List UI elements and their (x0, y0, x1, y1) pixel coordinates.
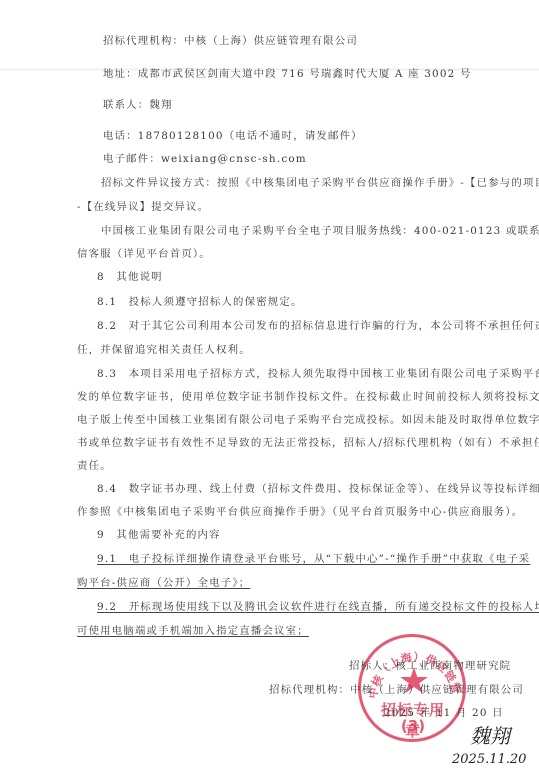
section-8-1: 8.1 投标人须遵守招标人的保密规定。 (97, 295, 303, 309)
signature-date: 2025 年 11 月 20 日 (384, 706, 504, 720)
section-8-4-line-2: 作参照《中核集团电子采购平台供应商操作手册》（见平台首页服务中心-供应商服务）。 (77, 505, 523, 519)
hotline-line-2: 信客服（详见平台首页）。 (77, 247, 211, 261)
section-9-1-line-2: 购平台-供应商（公开）全电子》； (77, 576, 250, 590)
email-line: 电子邮件：weixiang@cnsc-sh.com (103, 152, 307, 166)
section-8-2-line-2: 任，并保留追究相关责任人权利。 (77, 343, 251, 357)
objection-line-1: 招标文件异议接方式：按照《中核集团电子采购平台供应商操作手册》-【已参与的项目】 (101, 176, 539, 190)
phone-line: 电话：18780128100（电话不通时，请发邮件） (103, 129, 363, 143)
agency-line: 招标代理机构：中核（上海）供应链管理有限公司 (103, 34, 358, 48)
signature-tenderer: 招标人：核工业西南物理研究院 (349, 659, 511, 673)
section-8-title: 8 其他说明 (97, 270, 163, 284)
section-9-2-line-2: 可使用电脑端或手机端加入指定直播会议室； (77, 624, 309, 638)
address-line: 地址：成都市武侯区剑南大道中段 716 号瑞鑫时代大厦 A 座 3002 号 (103, 67, 472, 81)
signature-agency: 招标代理机构：中核（上海）供应链管理有限公司 (269, 683, 524, 697)
section-8-2-line-1: 8.2 对于其它公司利用本公司发布的招标信息进行诈骗的行为，本公司将不承担任何责 (97, 319, 539, 333)
contact-line: 联系人：魏翔 (103, 98, 173, 112)
section-8-3-line-4: 书或单位数字证书有效性不足导致的无法正常投标，招标人/招标代理机构（如有）不承担… (77, 436, 539, 450)
section-9-2-line-1: 9.2 开标现场使用线下以及腾讯会议软件进行在线直播，所有递交投标文件的投标人均 (97, 600, 539, 614)
handwritten-signature: 魏翔 (470, 720, 510, 749)
section-8-3-line-3: 电子版上传至中国核工业集团有限公司电子采购平台完成投标。如因未能及时取得单位数字… (77, 413, 539, 427)
section-8-4-line-1: 8.4 数字证书办理、线上付费（招标文件费用、投标保证金等）、在线异议等投标详细… (97, 482, 539, 496)
section-8-3-line-2: 发的单位数字证书，使用单位数字证书制作投标文件。在投标截止时间前投标人须将投标文… (77, 390, 539, 404)
section-8-3-line-1: 8.3 本项目采用电子招标方式，投标人须先取得中国核工业集团有限公司电子采购平台… (97, 367, 539, 381)
section-8-3-line-5: 责任。 (77, 459, 112, 473)
hotline-line-1: 中国核工业集团有限公司电子采购平台全电子项目服务热线：400-021-0123 … (101, 224, 539, 238)
handwritten-date: 2025.11.20 (452, 752, 526, 767)
objection-line-2: -【在线异议】提交异议。 (77, 200, 209, 214)
section-9-1-line-1: 9.1 电子投标详细操作请登录平台账号，从“下载中心”-“操作手册”中获取《电子… (97, 552, 530, 566)
section-9-title: 9 其他需要补充的内容 (97, 528, 221, 542)
